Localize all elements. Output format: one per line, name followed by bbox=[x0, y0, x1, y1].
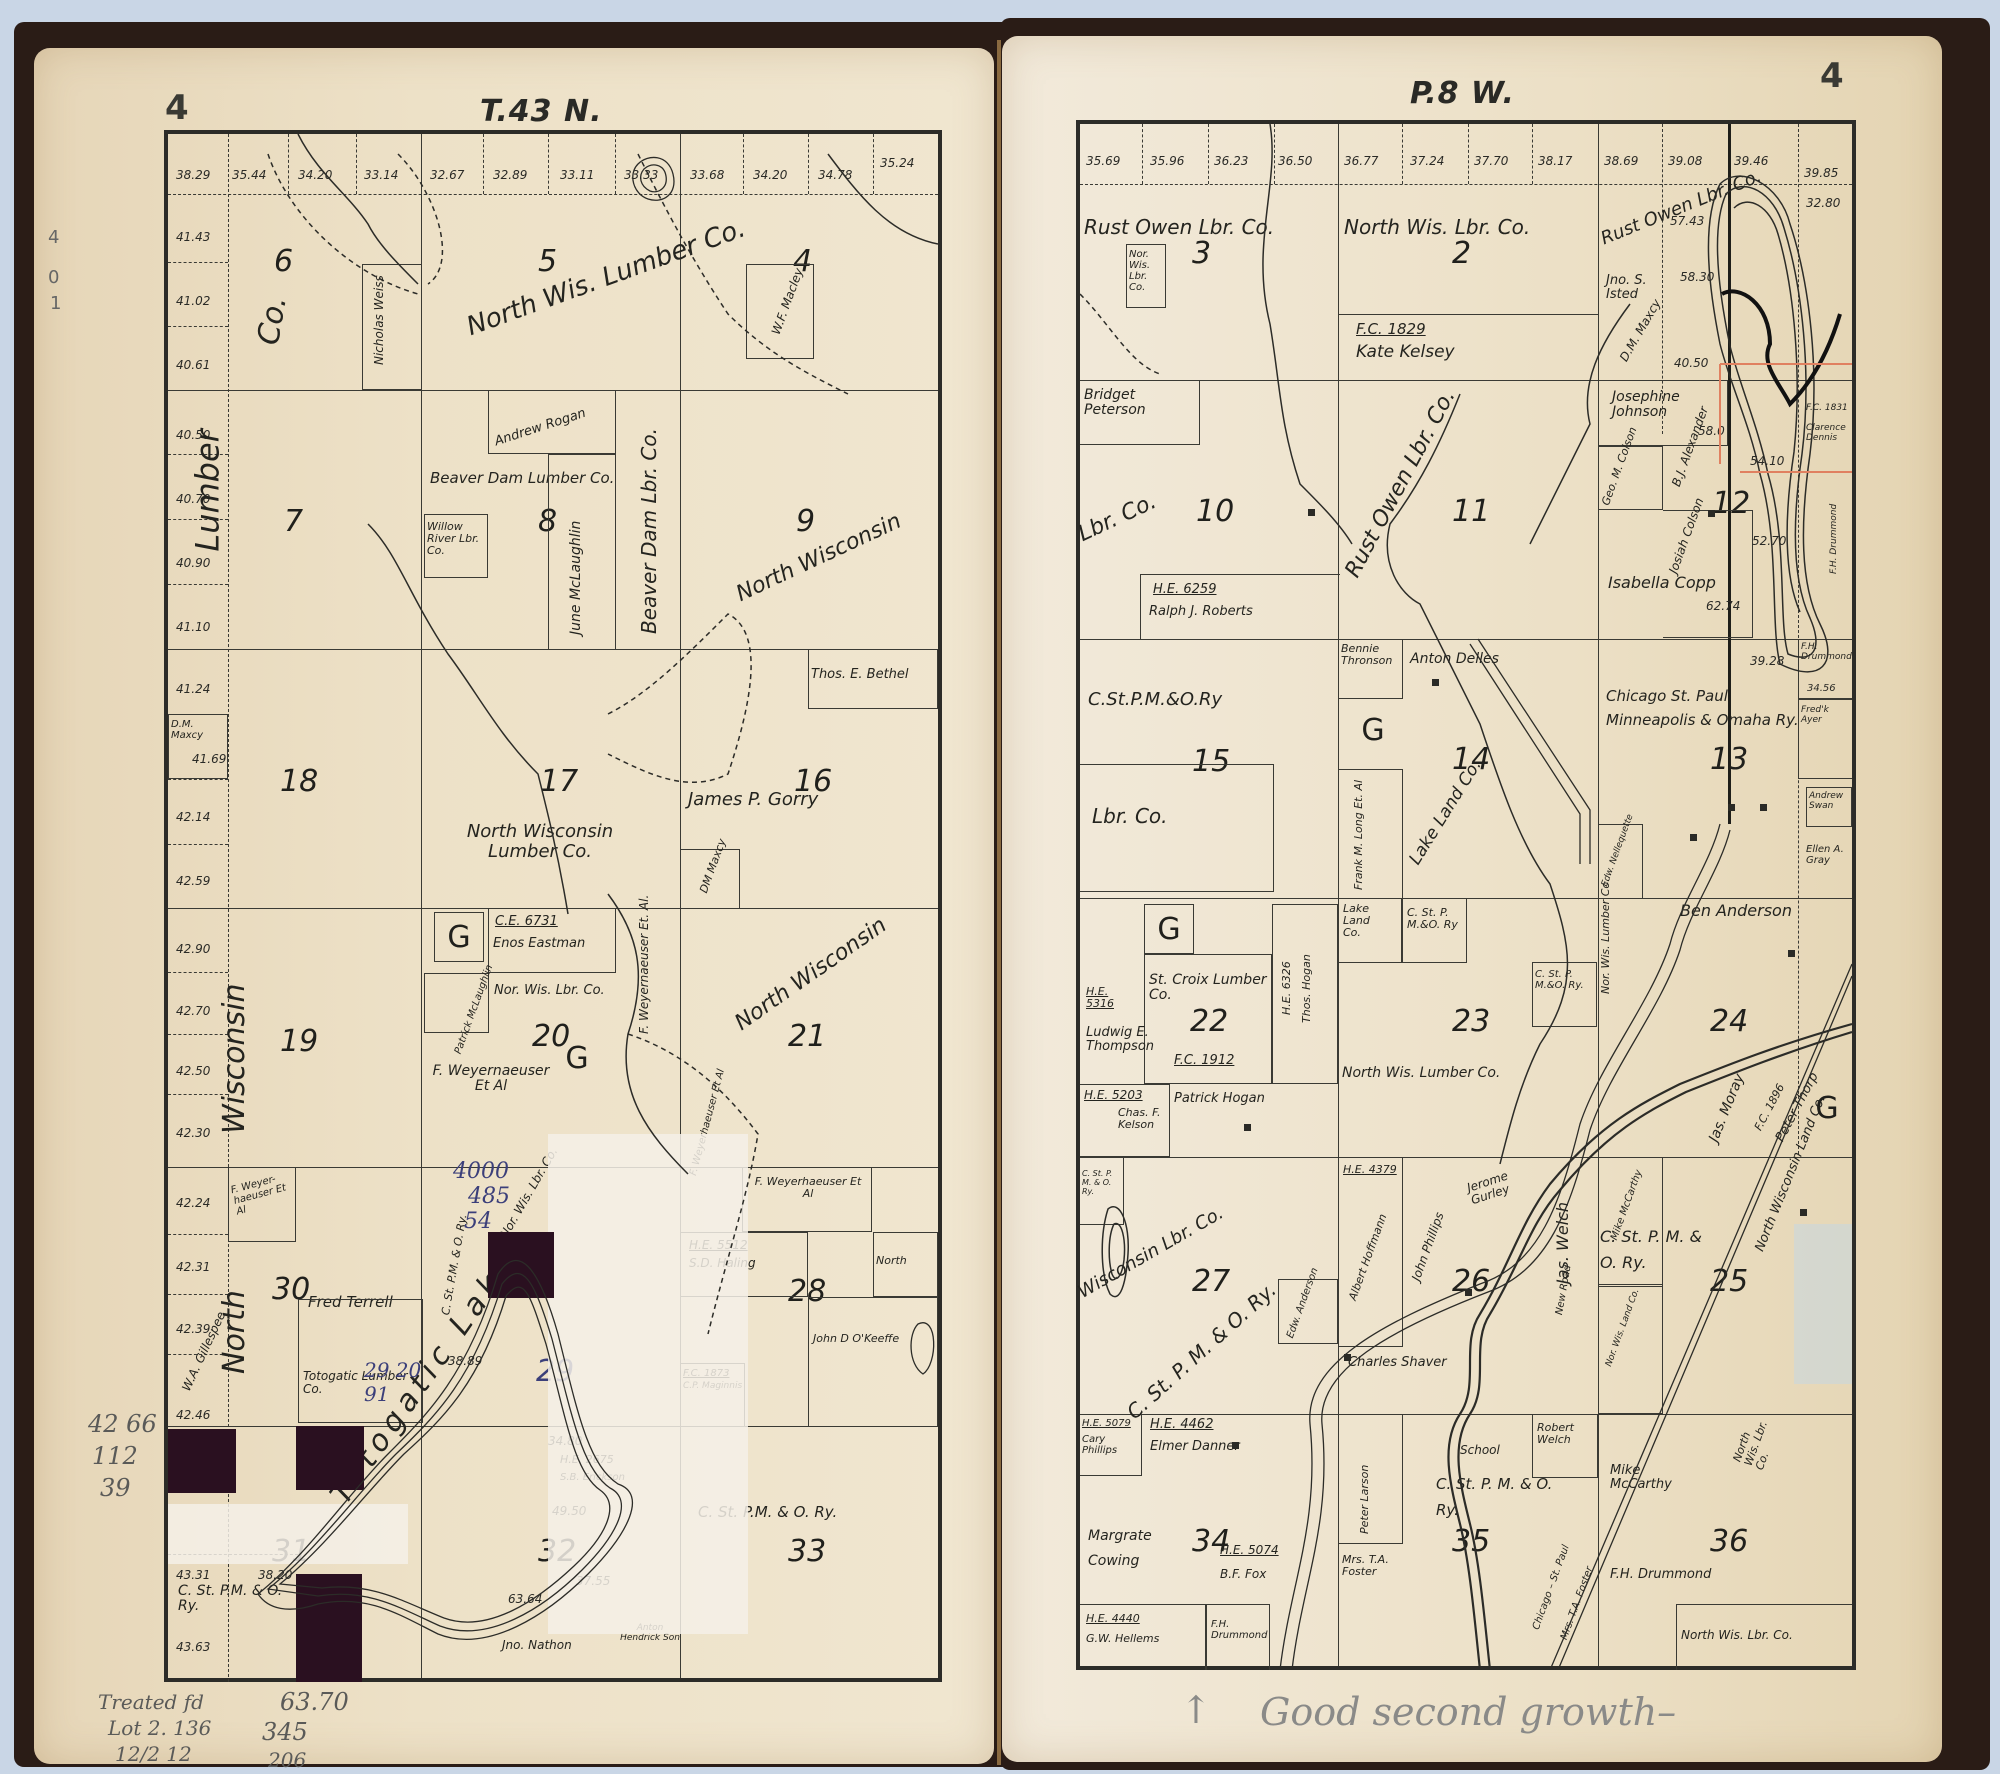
range-header: P.8 W. bbox=[1410, 76, 1515, 111]
right-page-number: 4 bbox=[1820, 56, 1844, 96]
book-gutter bbox=[997, 40, 1001, 1765]
left-plat-map: 38.29 41.43 41.02 40.61 40.50 40.70 40.9… bbox=[164, 130, 942, 1682]
bottom-pencil-note: Lot 2. 136 bbox=[108, 1716, 211, 1740]
right-plat-map: 35.69 35.96 36.23 36.50 36.77 37.24 37.7… bbox=[1076, 120, 1856, 1670]
left-page-number: 4 bbox=[165, 88, 189, 128]
margin-note: 1 bbox=[50, 294, 61, 314]
margin-note: 0 bbox=[48, 268, 59, 288]
bottom-pencil-note: 12/2 12 bbox=[115, 1742, 192, 1766]
bottom-pencil-note: Treated fd bbox=[98, 1690, 204, 1714]
township-header: T.43 N. bbox=[480, 94, 602, 129]
blue-stain bbox=[1794, 1224, 1852, 1384]
arrow-up-icon: ↑ bbox=[1180, 1688, 1212, 1732]
margin-note: 4 bbox=[48, 228, 59, 248]
bottom-pencil-note: 63.70 bbox=[280, 1688, 349, 1716]
bottom-pencil-note: 206 bbox=[268, 1748, 306, 1772]
bottom-pencil-note: Good second growth– bbox=[1260, 1690, 1676, 1734]
margin-pencil-note: 112 bbox=[92, 1442, 138, 1470]
margin-pencil-note: 39 bbox=[100, 1474, 131, 1502]
bottom-pencil-note: 345 bbox=[262, 1718, 308, 1746]
hydrography bbox=[168, 134, 938, 1682]
hydrography-and-routes bbox=[1080, 124, 1852, 1670]
margin-pencil-note: 42 66 bbox=[88, 1410, 157, 1438]
